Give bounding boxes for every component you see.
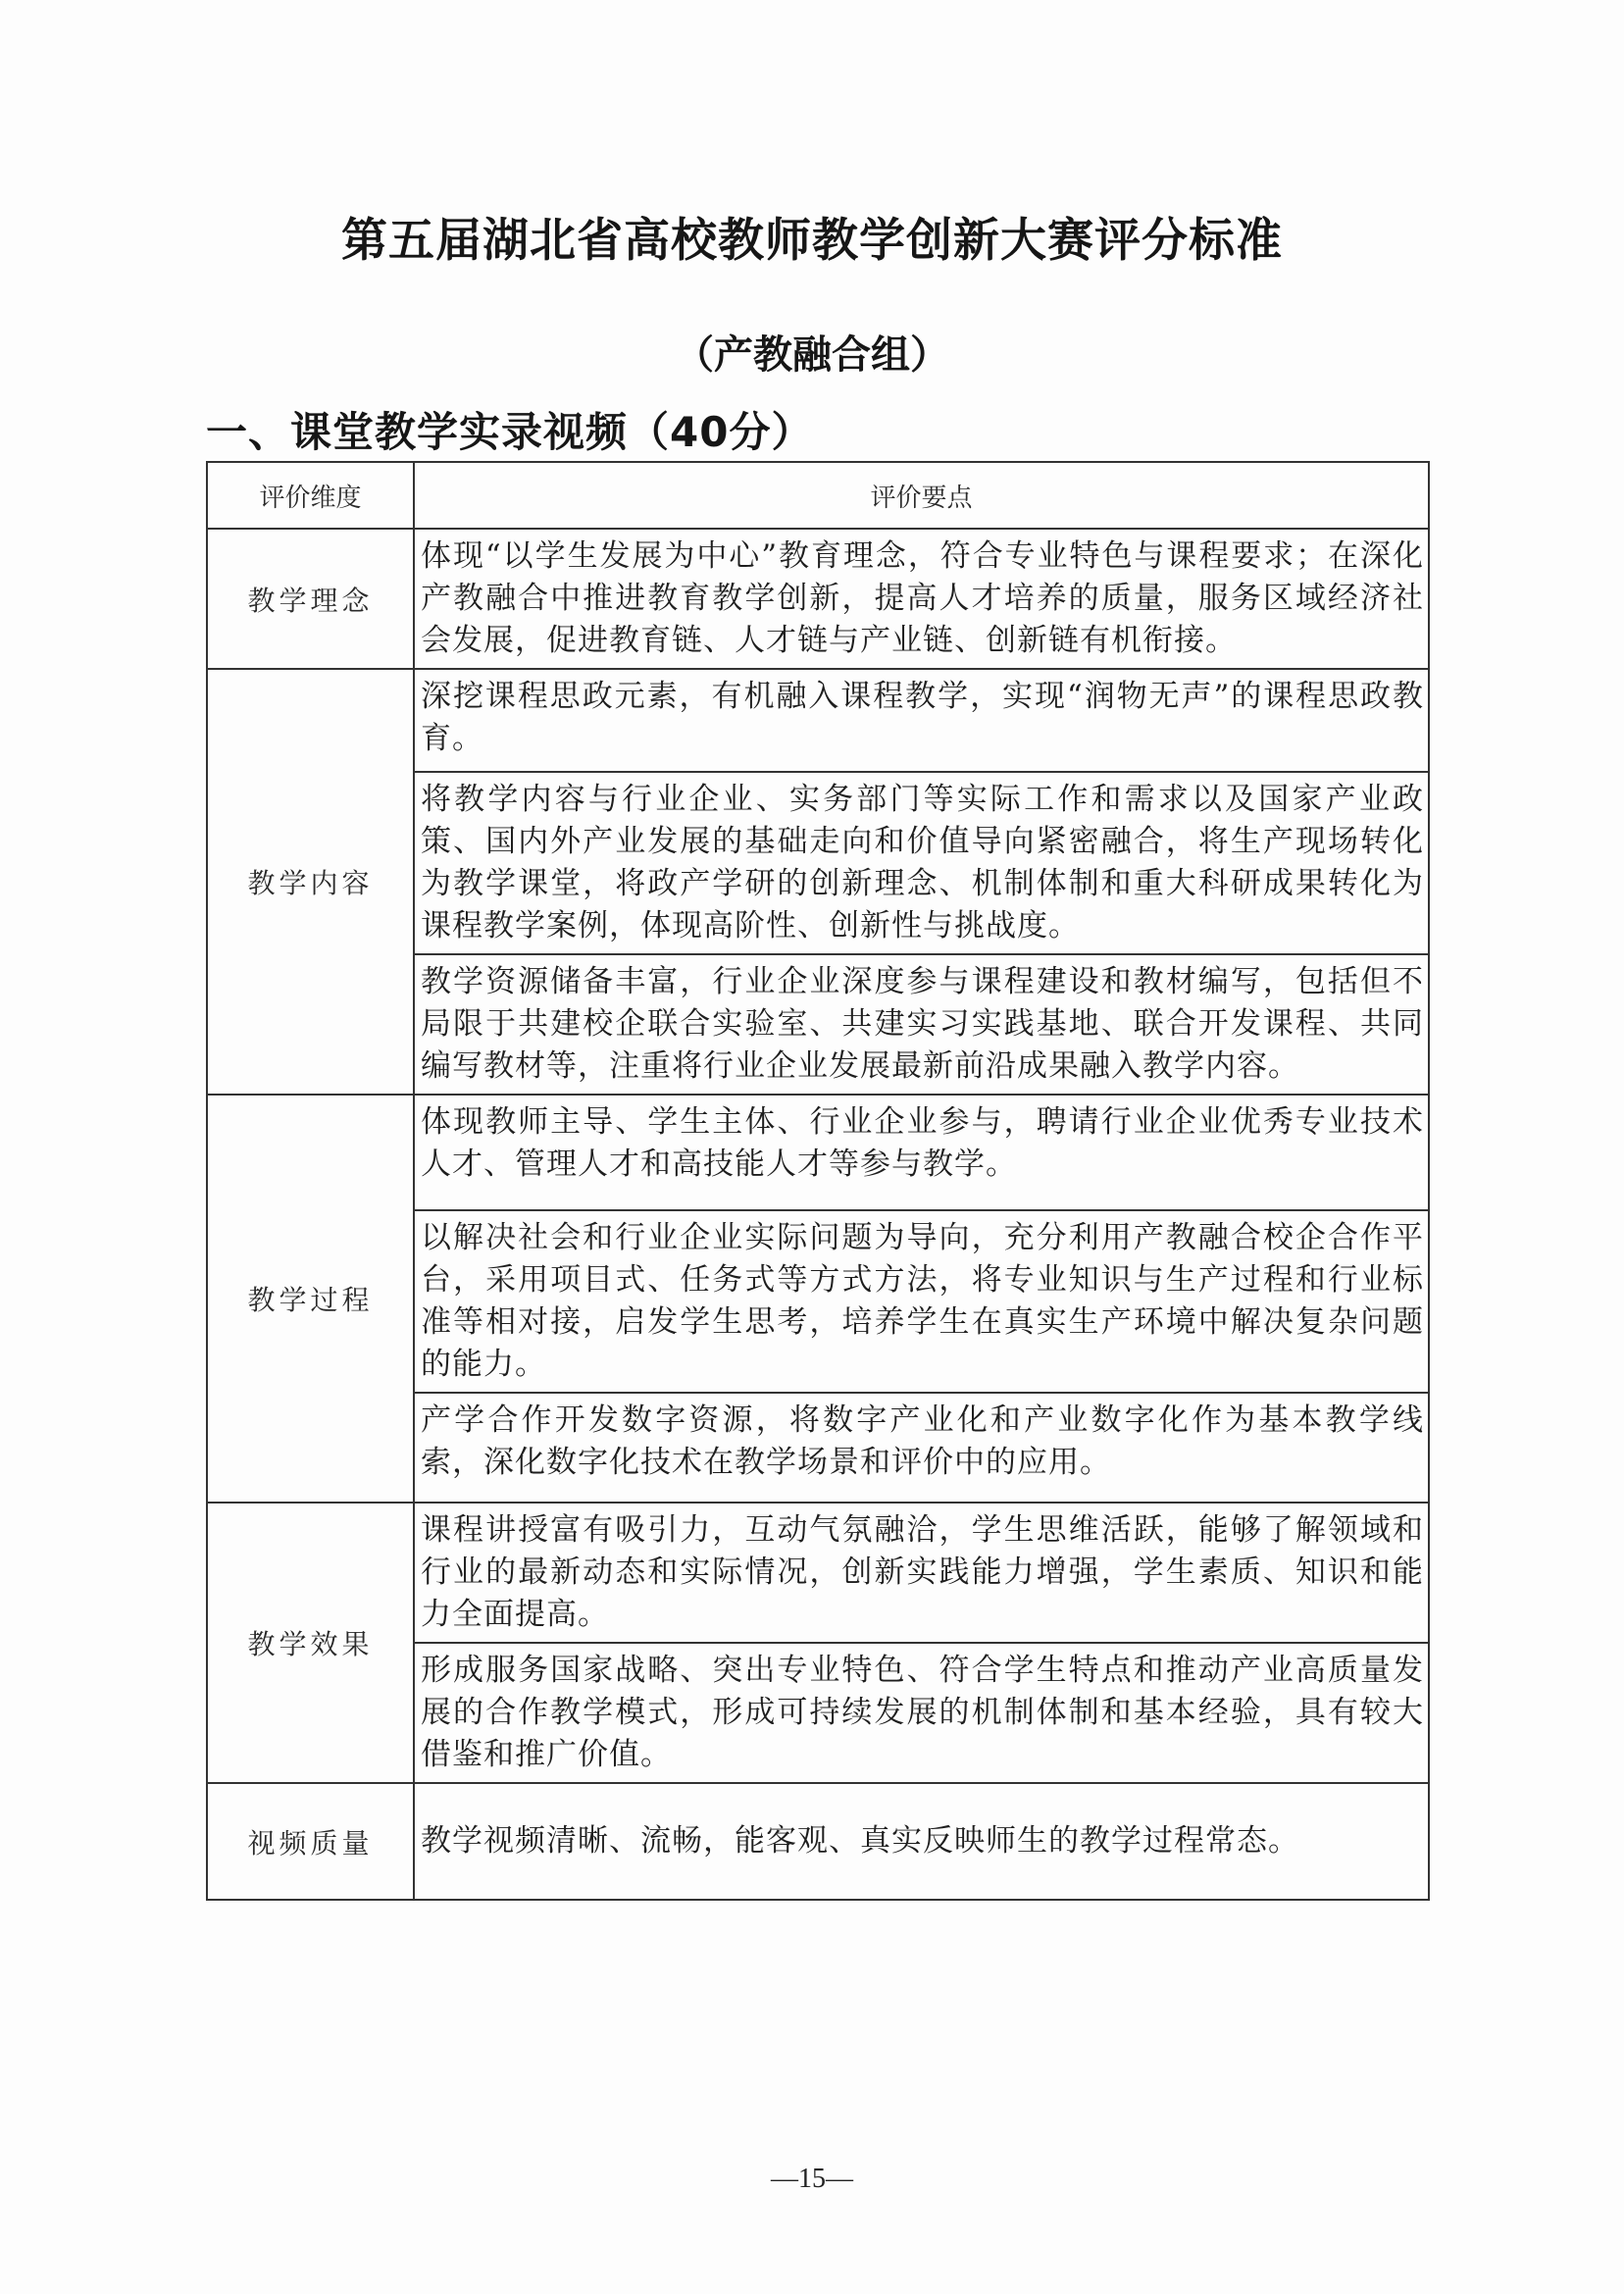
- point-cell: 将教学内容与行业企业、实务部门等实际工作和需求以及国家产业政策、国内外产业发展的…: [414, 772, 1429, 954]
- point-cell: 教学资源储备丰富，行业企业深度参与课程建设和教材编写，包括但不局限于共建校企联合…: [414, 954, 1429, 1095]
- document-subtitle: （产教融合组）: [0, 324, 1624, 380]
- point-cell: 体现教师主导、学生主体、行业企业参与，聘请行业企业优秀专业技术人才、管理人才和高…: [414, 1095, 1429, 1210]
- section-heading: 一、课堂教学实录视频（40分）: [206, 400, 813, 459]
- point-cell: 教学视频清晰、流畅，能客观、真实反映师生的教学过程常态。: [414, 1783, 1429, 1900]
- table-row: 教学内容 深挖课程思政元素，有机融入课程教学，实现“润物无声”的课程思政教育。: [207, 669, 1429, 772]
- table-row: 教学效果 课程讲授富有吸引力，互动气氛融洽，学生思维活跃，能够了解领域和行业的最…: [207, 1503, 1429, 1643]
- point-cell: 体现“以学生发展为中心”教育理念，符合专业特色与课程要求；在深化产教融合中推进教…: [414, 529, 1429, 669]
- scoring-table: 评价维度 评价要点 教学理念 体现“以学生发展为中心”教育理念，符合专业特色与课…: [206, 461, 1430, 1901]
- point-cell: 课程讲授富有吸引力，互动气氛融洽，学生思维活跃，能够了解领域和行业的最新动态和实…: [414, 1503, 1429, 1643]
- dimension-cell: 教学内容: [207, 669, 414, 1095]
- dimension-cell: 教学过程: [207, 1095, 414, 1503]
- document-page: 第五届湖北省高校教师教学创新大赛评分标准 （产教融合组） 一、课堂教学实录视频（…: [0, 0, 1624, 2294]
- dimension-cell: 教学理念: [207, 529, 414, 669]
- page-number: —15—: [0, 2164, 1624, 2195]
- document-title: 第五届湖北省高校教师教学创新大赛评分标准: [0, 204, 1624, 270]
- point-cell: 形成服务国家战略、突出专业特色、符合学生特点和推动产业高质量发展的合作教学模式，…: [414, 1643, 1429, 1783]
- point-cell: 产学合作开发数字资源，将数字产业化和产业数字化作为基本教学线索，深化数字化技术在…: [414, 1393, 1429, 1503]
- table-row: 教学理念 体现“以学生发展为中心”教育理念，符合专业特色与课程要求；在深化产教融…: [207, 529, 1429, 669]
- table-row: 教学过程 体现教师主导、学生主体、行业企业参与，聘请行业企业优秀专业技术人才、管…: [207, 1095, 1429, 1210]
- dimension-cell: 教学效果: [207, 1503, 414, 1783]
- header-dimension: 评价维度: [207, 462, 414, 529]
- point-cell: 深挖课程思政元素，有机融入课程教学，实现“润物无声”的课程思政教育。: [414, 669, 1429, 772]
- header-points: 评价要点: [414, 462, 1429, 529]
- table-header-row: 评价维度 评价要点: [207, 462, 1429, 529]
- dimension-cell: 视频质量: [207, 1783, 414, 1900]
- point-cell: 以解决社会和行业企业实际问题为导向，充分利用产教融合校企合作平台，采用项目式、任…: [414, 1210, 1429, 1393]
- table-row: 视频质量 教学视频清晰、流畅，能客观、真实反映师生的教学过程常态。: [207, 1783, 1429, 1900]
